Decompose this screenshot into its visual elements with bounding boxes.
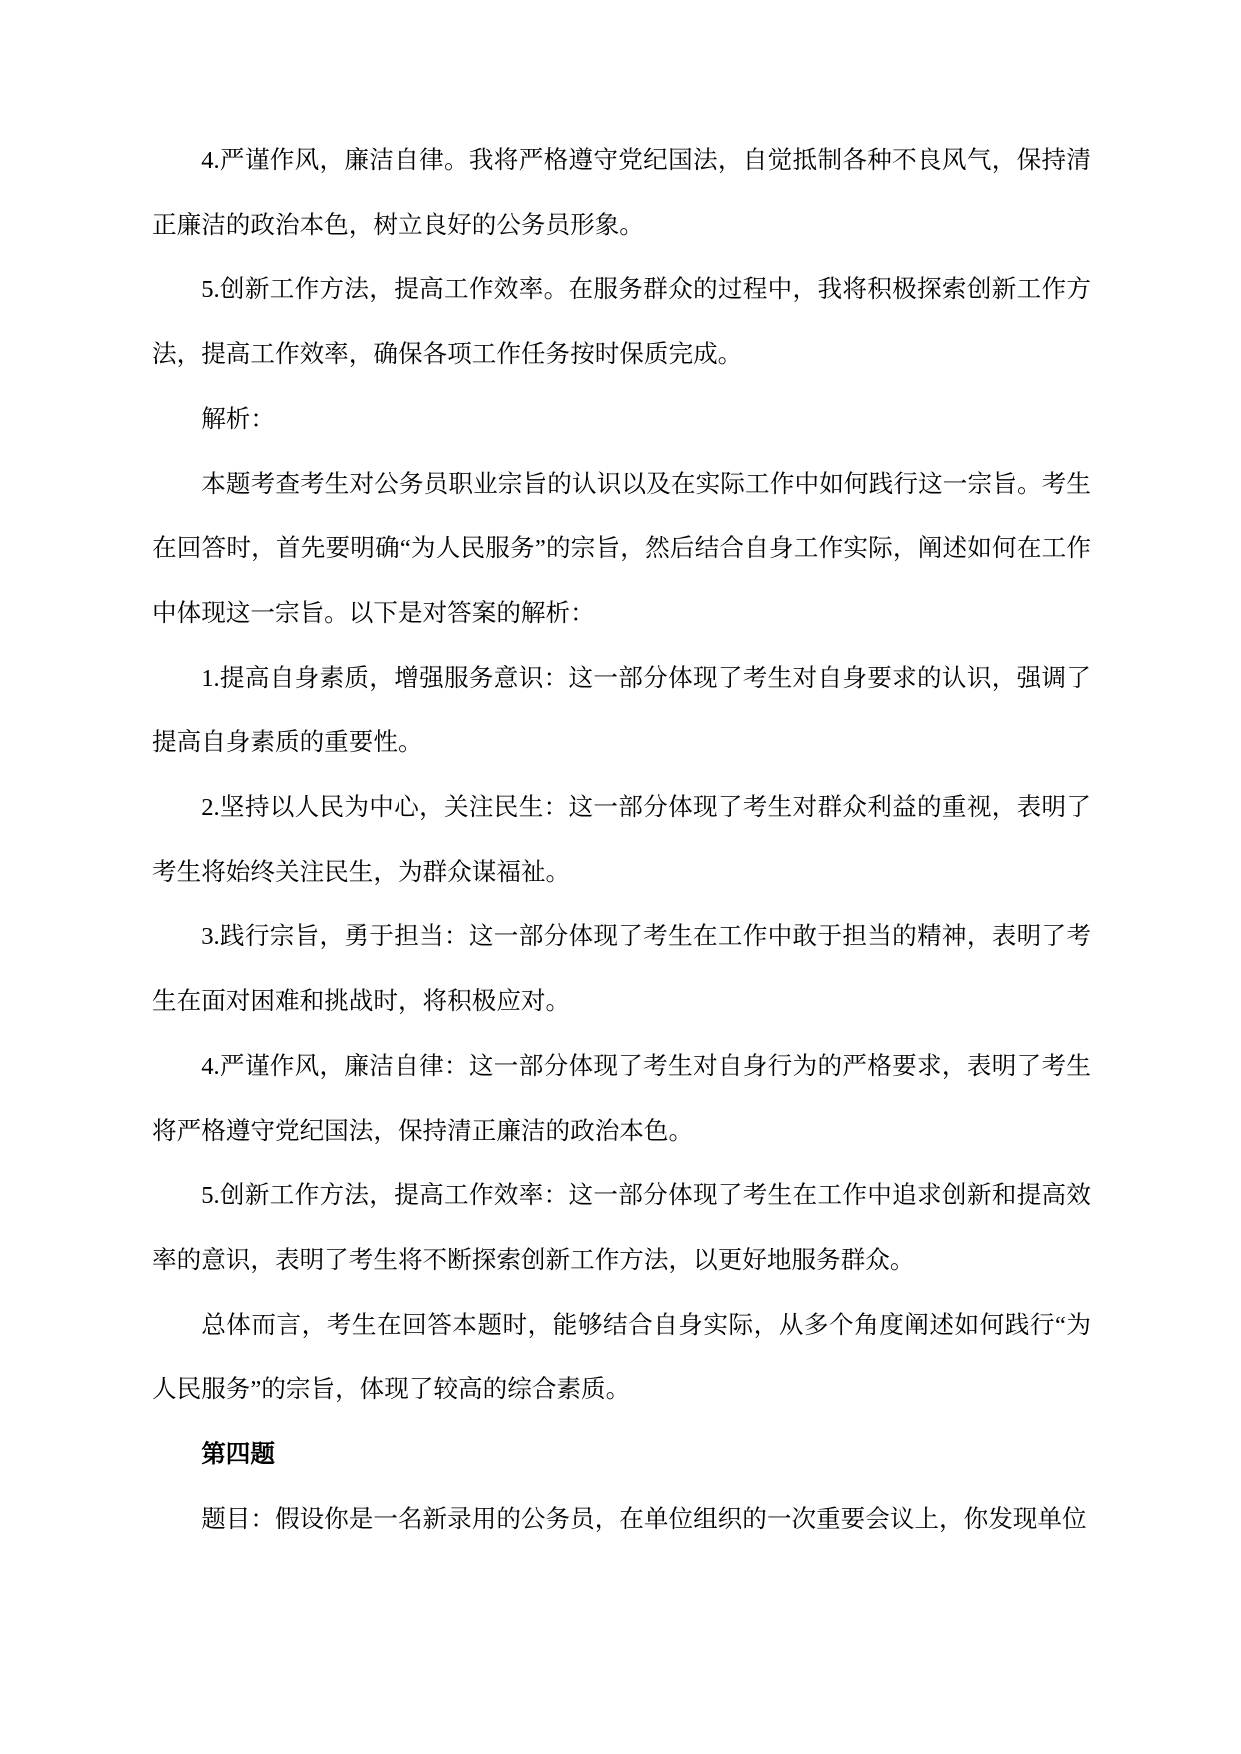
- paragraph-answer-point-5: 5.创新工作方法，提高工作效率。在服务群众的过程中，我将积极探索创新工作方法，提…: [152, 258, 1091, 387]
- paragraph-analysis-point-5: 5.创新工作方法，提高工作效率：这一部分体现了考生在工作中追求创新和提高效率的意…: [152, 1164, 1091, 1293]
- paragraph-analysis-point-4: 4.严谨作风，廉洁自律：这一部分体现了考生对自身行为的严格要求，表明了考生将严格…: [152, 1035, 1091, 1164]
- paragraph-answer-point-4: 4.严谨作风，廉洁自律。我将严格遵守党纪国法，自觉抵制各种不良风气，保持清正廉洁…: [152, 129, 1091, 258]
- question-4-heading: 第四题: [152, 1423, 1091, 1488]
- paragraph-analysis-summary: 总体而言，考生在回答本题时，能够结合自身实际，从多个角度阐述如何践行“为人民服务…: [152, 1294, 1091, 1423]
- document-page: 4.严谨作风，廉洁自律。我将严格遵守党纪国法，自觉抵制各种不良风气，保持清正廉洁…: [0, 0, 1241, 1754]
- paragraph-analysis-point-1: 1.提高自身素质，增强服务意识：这一部分体现了考生对自身要求的认识，强调了提高自…: [152, 647, 1091, 776]
- paragraph-analysis-label: 解析：: [152, 388, 1091, 453]
- document-text-body: 4.严谨作风，廉洁自律。我将严格遵守党纪国法，自觉抵制各种不良风气，保持清正廉洁…: [152, 129, 1091, 1552]
- paragraph-analysis-point-3: 3.践行宗旨，勇于担当：这一部分体现了考生在工作中敢于担当的精神，表明了考生在面…: [152, 905, 1091, 1034]
- paragraph-question-4-prompt: 题目：假设你是一名新录用的公务员，在单位组织的一次重要会议上，你发现单位: [152, 1488, 1091, 1553]
- paragraph-analysis-intro: 本题考查考生对公务员职业宗旨的认识以及在实际工作中如何践行这一宗旨。考生在回答时…: [152, 453, 1091, 647]
- paragraph-analysis-point-2: 2.坚持以人民为中心，关注民生：这一部分体现了考生对群众利益的重视，表明了考生将…: [152, 776, 1091, 905]
